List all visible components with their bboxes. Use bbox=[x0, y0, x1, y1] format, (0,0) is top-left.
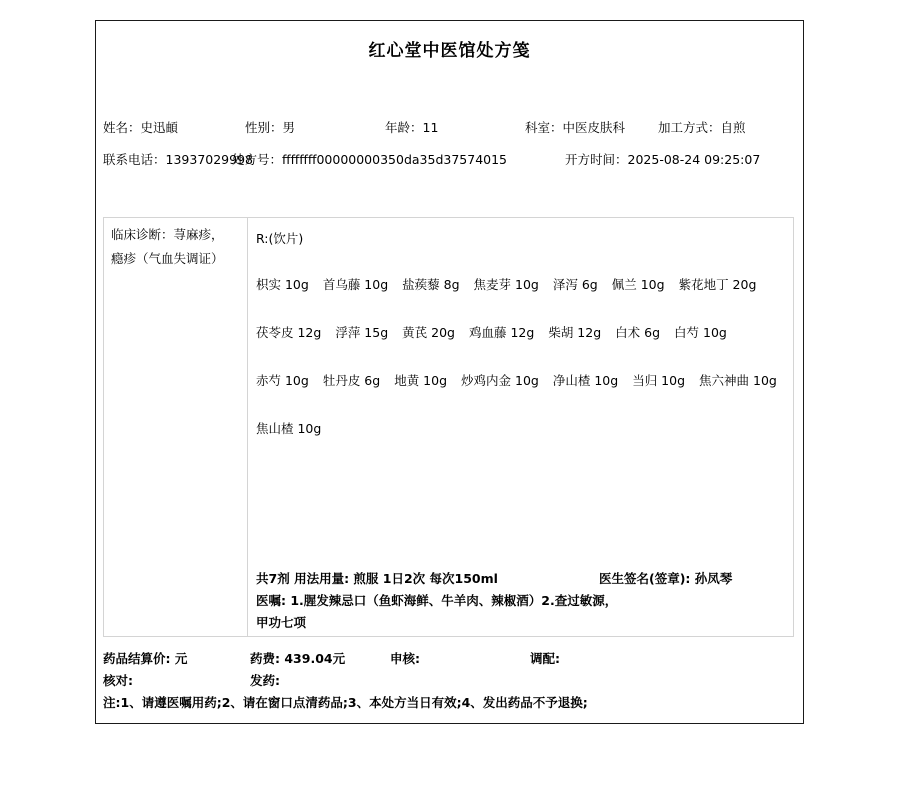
herb-item: 佩兰 10g bbox=[612, 277, 665, 292]
phone-label: 联系电话： bbox=[103, 152, 166, 167]
doctor-signature-field: 医生签名(签章): 孙凤琴 bbox=[599, 568, 732, 590]
settlement-price-value: 元 bbox=[175, 651, 188, 666]
prescription-number-field: 处方号：ffffffff00000000350da35d37574015 bbox=[232, 150, 507, 168]
herb-item: 白芍 10g bbox=[674, 325, 727, 340]
prescription-sheet: 红心堂中医馆处方笺 姓名：史迅頔 性别：男 年龄：11 科室：中医皮肤科 加工方… bbox=[95, 20, 804, 724]
medicine-fee-label: 药费: bbox=[250, 651, 280, 666]
patient-gender-label: 性别： bbox=[245, 120, 283, 135]
herb-item: 茯苓皮 12g bbox=[256, 325, 321, 340]
usage-section: 共7剂 用法用量: 煎服 1日2次 每次150ml 医嘱: 1.腥发辣忌口（鱼虾… bbox=[256, 568, 617, 634]
medicine-fee-value: 439.04元 bbox=[284, 651, 345, 666]
doctor-signature-name: 孙凤琴 bbox=[695, 571, 733, 586]
patient-name-value: 史迅頔 bbox=[141, 120, 179, 135]
text-line: 医嘱: 1.腥发辣忌口（鱼虾海鲜、牛羊肉、辣椒酒）2.查过敏源， bbox=[256, 590, 617, 612]
settlement-price-field: 药品结算价: 元 bbox=[103, 649, 187, 667]
herb-item: 焦麦芽 10g bbox=[474, 277, 539, 292]
prescribe-time-label: 开方时间： bbox=[565, 152, 628, 167]
processing-method-field: 加工方式：自煎 bbox=[658, 118, 746, 136]
phone-field: 联系电话：13937029998 bbox=[103, 150, 253, 168]
prescription-number-label: 处方号： bbox=[232, 152, 282, 167]
prescription-number-value: ffffffff00000000350da35d37574015 bbox=[282, 152, 507, 167]
patient-age-field: 年龄：11 bbox=[385, 118, 438, 136]
herb-item: 炒鸡内金 10g bbox=[461, 373, 539, 388]
herb-item: 柴胡 12g bbox=[548, 325, 601, 340]
department-field: 科室：中医皮肤科 bbox=[525, 118, 625, 136]
herb-list: 枳实 10g首乌藤 10g盐蒺藜 8g焦麦芽 10g泽泻 6g佩兰 10g紫花地… bbox=[256, 275, 787, 467]
settlement-price-label: 药品结算价: bbox=[103, 651, 171, 666]
herb-item: 鸡血藤 12g bbox=[469, 325, 534, 340]
herb-item: 当归 10g bbox=[632, 373, 685, 388]
doctor-signature-label: 医生签名(签章): bbox=[599, 571, 690, 586]
herb-item: 黄芪 20g bbox=[402, 325, 455, 340]
prescribe-time-value: 2025-08-24 09:25:07 bbox=[628, 152, 761, 167]
prepare-field: 调配: bbox=[530, 649, 560, 667]
herb-item: 焦山楂 10g bbox=[256, 421, 321, 436]
herb-item: 白术 6g bbox=[615, 325, 660, 340]
medicine-fee-field: 药费: 439.04元 bbox=[250, 649, 345, 667]
prescription-body-box: 临床诊断：荨麻疹，瘾疹（气血失调证） R:(饮片) 枳实 10g首乌藤 10g盐… bbox=[103, 217, 794, 637]
herb-item: 泽泻 6g bbox=[553, 277, 598, 292]
herb-item: 净山楂 10g bbox=[553, 373, 618, 388]
text-line: 甲功七项 bbox=[256, 612, 617, 634]
herb-line: 焦山楂 10g bbox=[256, 419, 787, 467]
total-doses: 共7剂 bbox=[256, 571, 290, 586]
footer-note: 注:1、请遵医嘱用药;2、请在窗口点清药品;3、本处方当日有效;4、发出药品不予… bbox=[103, 693, 588, 711]
herb-line: 赤芍 10g牡丹皮 6g地黄 10g炒鸡内金 10g净山楂 10g当归 10g焦… bbox=[256, 371, 787, 419]
usage-label: 用法用量: bbox=[294, 571, 349, 586]
usage-line: 共7剂 用法用量: 煎服 1日2次 每次150ml bbox=[256, 568, 617, 590]
herb-item: 浮萍 15g bbox=[335, 325, 388, 340]
page-title: 红心堂中医馆处方笺 bbox=[96, 36, 803, 61]
rx-header: R:(饮片) bbox=[256, 229, 303, 247]
prescribe-time-field: 开方时间：2025-08-24 09:25:07 bbox=[565, 150, 760, 168]
patient-name-field: 姓名：史迅頔 bbox=[103, 118, 178, 136]
herb-item: 盐蒺藜 8g bbox=[402, 277, 459, 292]
department-value: 中医皮肤科 bbox=[563, 120, 626, 135]
herb-item: 枳实 10g bbox=[256, 277, 309, 292]
department-label: 科室： bbox=[525, 120, 563, 135]
herb-line: 茯苓皮 12g浮萍 15g黄芪 20g鸡血藤 12g柴胡 12g白术 6g白芍 … bbox=[256, 323, 787, 371]
processing-method-label: 加工方式： bbox=[658, 120, 721, 135]
herb-line: 枳实 10g首乌藤 10g盐蒺藜 8g焦麦芽 10g泽泻 6g佩兰 10g紫花地… bbox=[256, 275, 787, 323]
review-field: 申核: bbox=[390, 649, 420, 667]
patient-age-label: 年龄： bbox=[385, 120, 423, 135]
herb-item: 赤芍 10g bbox=[256, 373, 309, 388]
patient-age-value: 11 bbox=[423, 120, 439, 135]
patient-gender-field: 性别：男 bbox=[245, 118, 295, 136]
herb-item: 焦六神曲 10g bbox=[699, 373, 777, 388]
processing-method-value: 自煎 bbox=[721, 120, 746, 135]
patient-name-label: 姓名： bbox=[103, 120, 141, 135]
dispense-field: 发药: bbox=[250, 671, 280, 689]
check-field: 核对: bbox=[103, 671, 133, 689]
text-line: 瘾疹（气血失调证） bbox=[111, 247, 240, 271]
patient-gender-value: 男 bbox=[283, 120, 296, 135]
doctor-advice: 医嘱: 1.腥发辣忌口（鱼虾海鲜、牛羊肉、辣椒酒）2.查过敏源，甲功七项 bbox=[256, 590, 617, 634]
herb-item: 地黄 10g bbox=[394, 373, 447, 388]
herb-item: 牡丹皮 6g bbox=[323, 373, 380, 388]
herb-item: 首乌藤 10g bbox=[323, 277, 388, 292]
text-line: 临床诊断：荨麻疹， bbox=[111, 223, 240, 247]
herb-item: 紫花地丁 20g bbox=[679, 277, 757, 292]
clinical-diagnosis: 临床诊断：荨麻疹，瘾疹（气血失调证） bbox=[104, 218, 248, 636]
usage-value: 煎服 1日2次 每次150ml bbox=[353, 571, 498, 586]
